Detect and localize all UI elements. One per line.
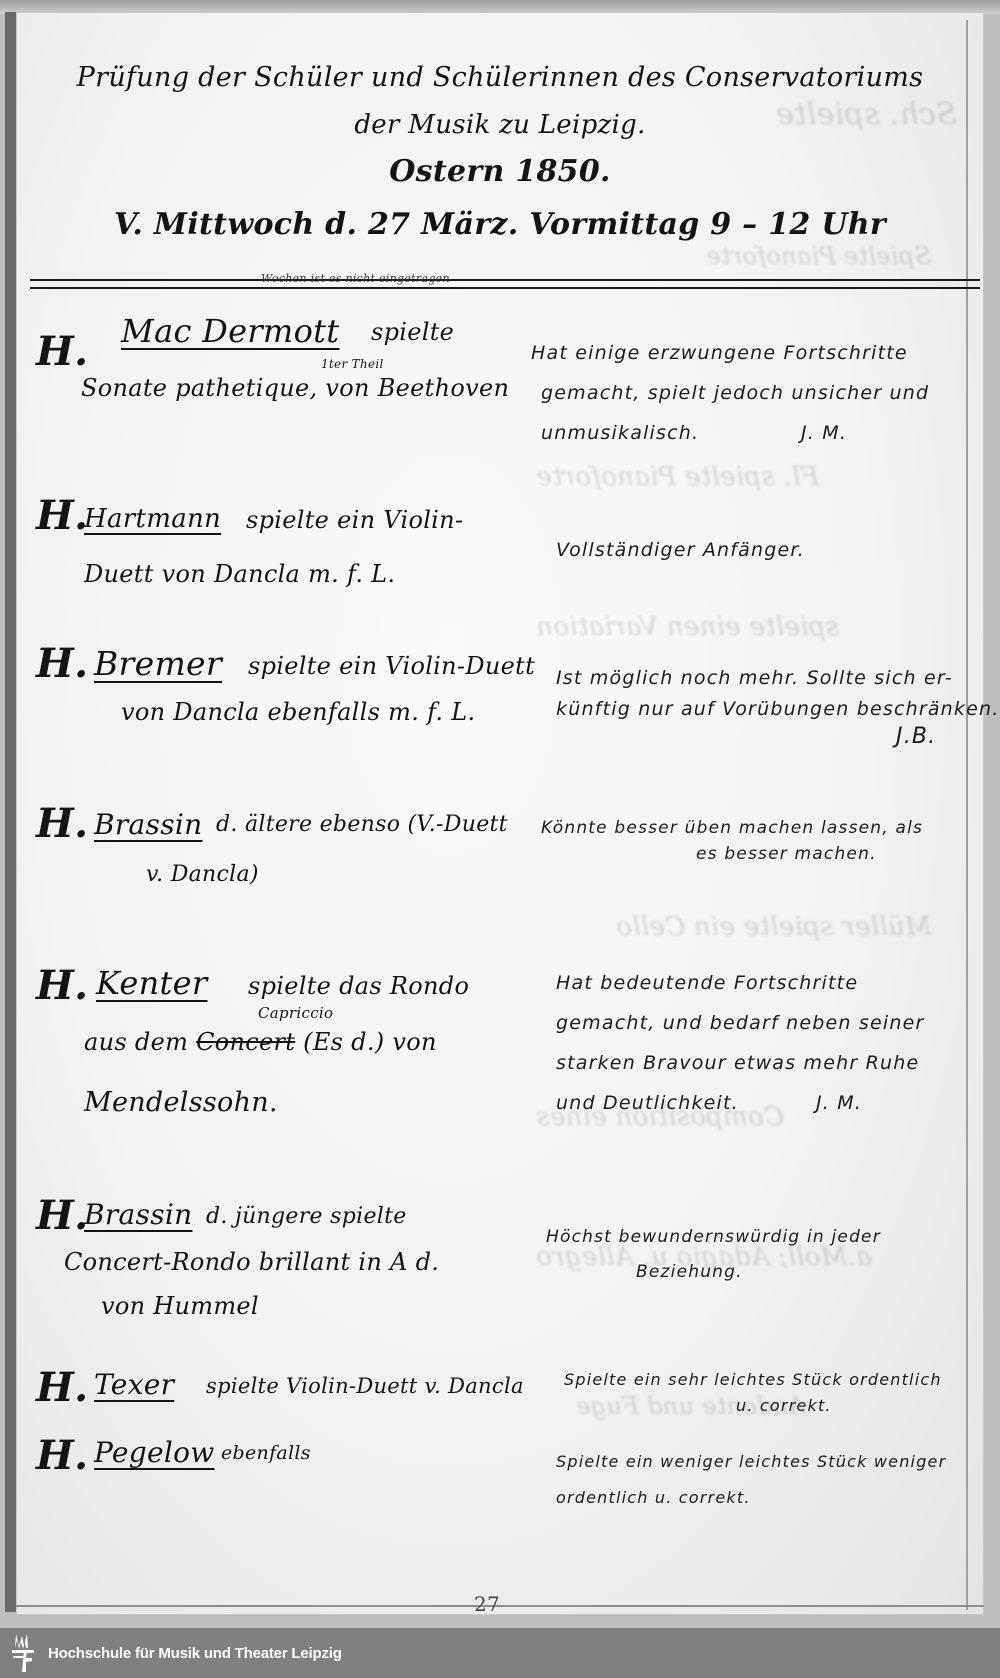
entry-line-2: v. Dancla) (146, 862, 259, 887)
header-rule-bottom (30, 287, 980, 289)
page-number: 27 (474, 1592, 500, 1616)
entry-line-1: ebenfalls (221, 1442, 311, 1464)
entry-line-1: d. jüngere spielte (206, 1204, 407, 1229)
entry-line-3: Mendelssohn. (84, 1087, 278, 1118)
header-line-4: V. Mittwoch d. 27 März. Vormittag 9 – 12… (16, 207, 984, 242)
entry-line-2: Sonate pathetique, von Beethoven (81, 374, 509, 402)
entry-line-1: spielte Violin-Duett v. Dancla (206, 1374, 524, 1398)
entry-line-1: spielte ein Violin-Duett (248, 652, 535, 680)
struck-word: Concert (196, 1028, 295, 1056)
header-line-3: Ostern 1850. (16, 154, 984, 189)
student-name: Hartmann (84, 504, 221, 534)
remark-line: Könnte besser üben machen lassen, als (541, 818, 923, 838)
examiner-signature: J. M. (801, 422, 847, 444)
remark-line: gemacht, und bedarf neben seiner (556, 1012, 924, 1034)
manuscript-scan: Sch. spielte Spielte Pianoforte Fl. spie… (0, 0, 1000, 1628)
remark-line: es besser machen. (696, 844, 877, 864)
hmt-leipzig-logo-icon (10, 1632, 36, 1674)
manuscript-page: Sch. spielte Spielte Pianoforte Fl. spie… (16, 12, 984, 1615)
remark-line: Hat einige erzwungene Fortschritte (531, 342, 908, 364)
entry-prefix: H. (36, 640, 88, 687)
examiner-signature: J. M. (816, 1092, 862, 1114)
bleed-through-text: Müller spielte ein Cello (616, 912, 932, 942)
entry-line-3: von Hummel (101, 1292, 259, 1320)
remark-line: ordentlich u. correkt. (556, 1488, 751, 1507)
footer-bar: Hochschule für Musik und Theater Leipzig (0, 1628, 1000, 1678)
bleed-through-text: Spielte Pianoforte (706, 242, 931, 270)
student-name: Kenter (96, 964, 208, 1002)
student-name: Pegelow (94, 1436, 215, 1469)
entry-prefix: H. (36, 1192, 88, 1239)
rule-annotation: Wochen ist es nicht eingetragen (261, 272, 450, 285)
remark-line: unmusikalisch. (541, 422, 699, 444)
entry-prefix: H. (36, 800, 88, 847)
entry-insertion: Capriccio (258, 1004, 333, 1022)
bleed-through-text: Fl. spielte Pianoforte (536, 462, 819, 492)
institution-name: Hochschule für Musik und Theater Leipzig (48, 1645, 342, 1662)
student-name: Texer (94, 1368, 174, 1401)
student-name: Brassin (94, 808, 202, 841)
entry-line-1: spielte (371, 318, 454, 346)
student-name: Bremer (94, 644, 222, 683)
student-name: Mac Dermott (121, 312, 339, 350)
entry-prefix: H. (36, 1364, 88, 1411)
remark-line: Vollständiger Anfänger. (556, 539, 805, 561)
remark-line: gemacht, spielt jedoch unsicher und (541, 382, 929, 404)
remark-line: Spielte ein sehr leichtes Stück ordentli… (564, 1370, 942, 1389)
entry-line-1: spielte das Rondo (248, 972, 469, 1000)
header-line-2: der Musik zu Leipzig. (16, 110, 984, 140)
page-right-border (966, 20, 968, 1610)
entry-line-2: von Dancla ebenfalls m. f. L. (121, 698, 475, 726)
entry-line-2-after: (Es d.) von (303, 1028, 437, 1056)
header-line-1: Prüfung der Schüler und Schülerinnen des… (16, 62, 984, 93)
entry-line-1: spielte ein Violin- (246, 506, 463, 534)
entry-line-2-before: aus dem (84, 1028, 188, 1056)
remark-line: starken Bravour etwas mehr Ruhe (556, 1052, 919, 1074)
header-rule-top (30, 279, 980, 281)
entry-prefix: H. (36, 328, 88, 375)
remark-line: Beziehung. (636, 1262, 743, 1282)
entry-prefix: H. (36, 1432, 88, 1479)
entry-line-2: Duett von Dancla m. f. L. (84, 560, 395, 588)
student-name: Brassin (84, 1198, 192, 1231)
examiner-signature: J.B. (896, 724, 936, 749)
entry-insertion: 1ter Theil (321, 357, 384, 371)
bleed-through-text: spielte einen Variation (536, 612, 839, 642)
entry-line-2: Concert-Rondo brillant in A d. (64, 1248, 439, 1276)
entry-prefix: H. (36, 962, 88, 1009)
entry-prefix: H. (36, 492, 88, 539)
remark-line: künftig nur auf Vorübungen beschränken. (556, 698, 1000, 720)
remark-line: u. correkt. (736, 1396, 832, 1415)
remark-line: Spielte ein weniger leichtes Stück wenig… (556, 1452, 946, 1471)
remark-line: und Deutlichkeit. (556, 1092, 739, 1114)
remark-line: Hat bedeutende Fortschritte (556, 972, 858, 994)
entry-line-1: d. ältere ebenso (V.-Duett (216, 812, 508, 837)
remark-line: Ist möglich noch mehr. Sollte sich er- (556, 667, 953, 689)
entry-line-2: aus dem Concert (Es d.) von (84, 1028, 437, 1056)
binding-edge (5, 12, 16, 1612)
remark-line: Höchst bewundernswürdig in jeder (546, 1227, 881, 1247)
